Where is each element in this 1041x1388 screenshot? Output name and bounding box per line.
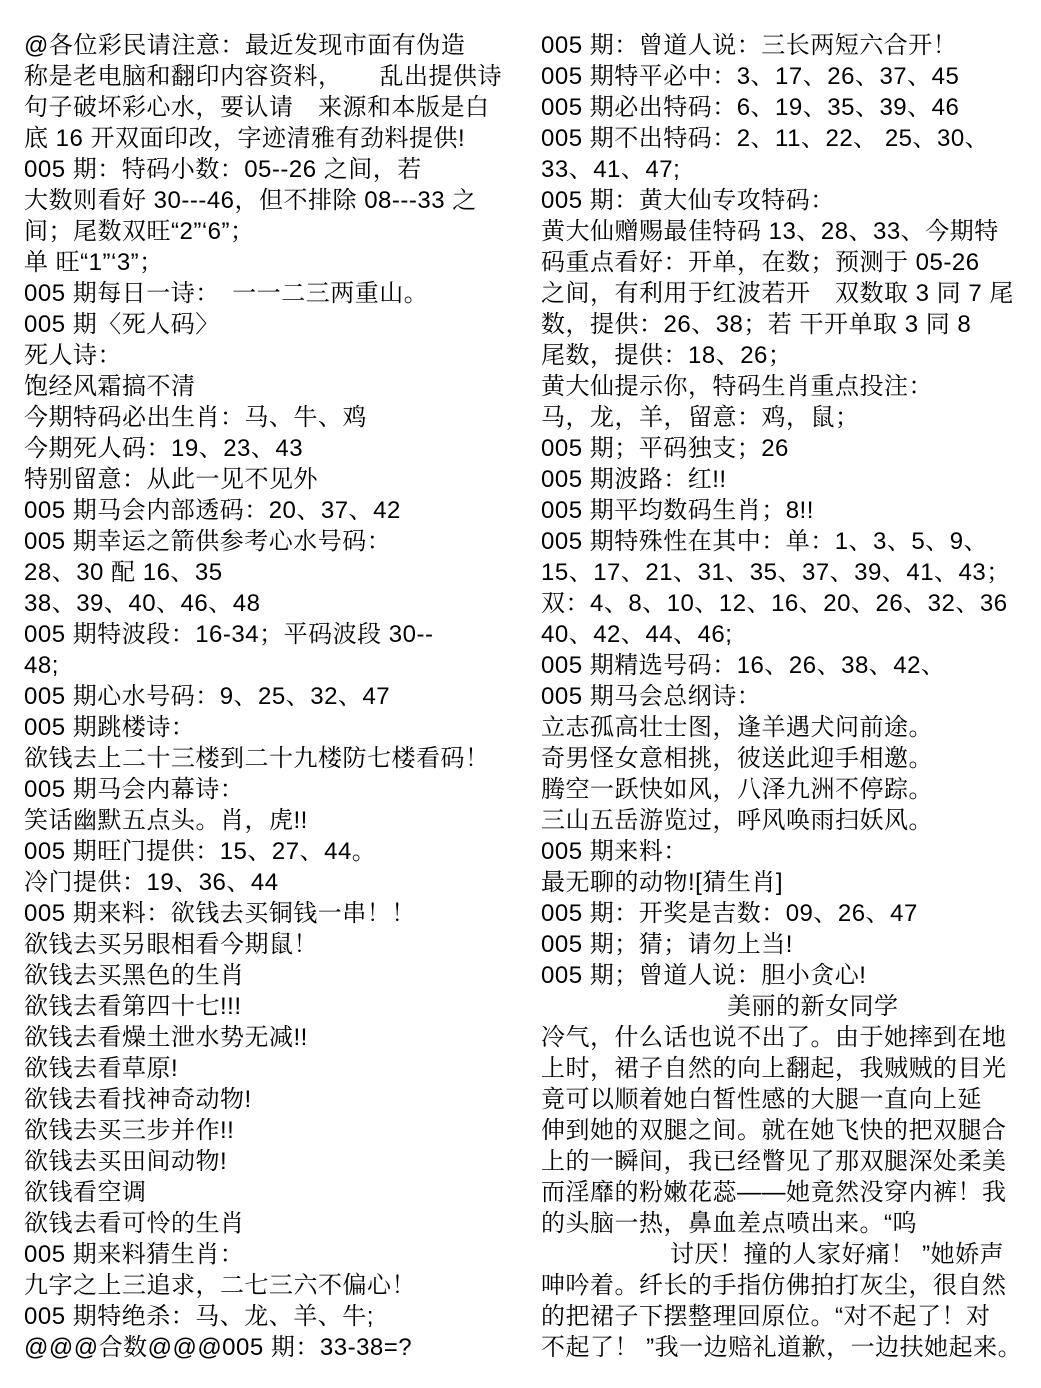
text-line: 005 期特绝杀：马、龙、羊、牛; bbox=[24, 1301, 517, 1332]
text-line: 28、30 配 16、35 bbox=[24, 557, 517, 588]
text-line: 005 期〈死人码〉 bbox=[24, 309, 517, 340]
text-line: 005 期必出特码：6、19、35、39、46 bbox=[541, 92, 1034, 123]
text-line: 双：4、8、10、12、16、20、26、32、36 bbox=[541, 588, 1034, 619]
text-line: 005 期每日一诗： 一一二三两重山。 bbox=[24, 278, 517, 309]
text-line: 尾数，提供：18、26； bbox=[541, 340, 1034, 371]
text-line: 黄大仙提示你，特码生肖重点投注： bbox=[541, 371, 1034, 402]
text-line: 欲钱去看燥土泄水势无减!! bbox=[24, 1022, 517, 1053]
text-line: 底 16 开双面印改，字迹清雅有劲料提供! bbox=[24, 123, 517, 154]
text-line: 欲钱去买田间动物! bbox=[24, 1146, 517, 1177]
text-line: 呻吟着。纤长的手指仿佛拍打灰尘，很自然 bbox=[541, 1270, 1034, 1301]
text-line: 而淫靡的粉嫩花蕊——她竟然没穿内裤！我 bbox=[541, 1177, 1034, 1208]
text-line: 称是老电脑和翻印内容资料， 乱出提供诗 bbox=[24, 61, 517, 92]
text-line: 伸到她的双腿之间。就在她飞快的把双腿合 bbox=[541, 1115, 1034, 1146]
text-line: 句子破坏彩心水，要认请 来源和本版是白 bbox=[24, 92, 517, 123]
text-line: 的把裙子下摆整理回原位。“对不起了！对 bbox=[541, 1301, 1034, 1332]
left-column: @各位彩民请注意：最近发现市面有伪造称是老电脑和翻印内容资料， 乱出提供诗句子破… bbox=[24, 30, 517, 1388]
text-line: 黄大仙赠赐最佳特码 13、28、33、今期特 bbox=[541, 216, 1034, 247]
text-line: 欲钱去买黑色的生肖 bbox=[24, 960, 517, 991]
text-line: 005 期：黄大仙专攻特码： bbox=[541, 185, 1034, 216]
text-line: 最无聊的动物![猜生肖] bbox=[541, 867, 1034, 898]
text-line: 005 期；平码独支；26 bbox=[541, 433, 1034, 464]
text-line: 005 期幸运之箭供参考心水号码： bbox=[24, 526, 517, 557]
text-line: 特别留意：从此一见不见外 bbox=[24, 464, 517, 495]
text-line: 立志孤高壮士图，逢羊遇犬问前途。 bbox=[541, 712, 1034, 743]
text-line: 005 期特平必中：3、17、26、37、45 bbox=[541, 61, 1034, 92]
text-line: 奇男怪女意相挑，彼送此迎手相邀。 bbox=[541, 743, 1034, 774]
text-line: 005 期跳楼诗： bbox=[24, 712, 517, 743]
text-line: 33、41、47; bbox=[541, 154, 1034, 185]
text-line: 005 期马会内部透码：20、37、42 bbox=[24, 495, 517, 526]
text-line: 005 期特波段：16-34；平码波段 30-- bbox=[24, 619, 517, 650]
text-line: 死人诗： bbox=[24, 340, 517, 371]
text-line: @@@合数@@@005 期：33-38=? bbox=[24, 1332, 517, 1363]
text-line: 005 期波路：红!! bbox=[541, 464, 1034, 495]
text-line: 之间，有利用于红波若开 双数取 3 同 7 尾 bbox=[541, 278, 1034, 309]
text-line: 48; bbox=[24, 650, 517, 681]
text-line: 005 期心水号码：9、25、32、47 bbox=[24, 681, 517, 712]
text-line: 今期特码必出生肖：马、牛、鸡 bbox=[24, 402, 517, 433]
text-line: 笑话幽默五点头。肖，虎!! bbox=[24, 805, 517, 836]
text-line: 不起了！ ”我一边赔礼道歉，一边扶她起来。 bbox=[541, 1332, 1034, 1363]
text-line: 欲钱去上二十三楼到二十九楼防七楼看码！ bbox=[24, 743, 517, 774]
text-line: 饱经风霜搞不清 bbox=[24, 371, 517, 402]
text-line: 005 期马会总纲诗： bbox=[541, 681, 1034, 712]
text-line: 欲钱去看找神奇动物! bbox=[24, 1084, 517, 1115]
text-line: 005 期来料：欲钱去买铜钱一串！！ bbox=[24, 898, 517, 929]
text-line: 腾空一跃快如风，八泽九洲不停踪。 bbox=[541, 774, 1034, 805]
text-line: 数，提供：26、38；若 干开单取 3 同 8 bbox=[541, 309, 1034, 340]
text-line: 005 期来料猜生肖： bbox=[24, 1239, 517, 1270]
text-line: 大数则看好 30---46，但不排除 08---33 之 bbox=[24, 185, 517, 216]
text-line: 冷气，什么话也说不出了。由于她摔到在地 bbox=[541, 1022, 1034, 1053]
text-line: 上时，裙子自然的向上翻起，我贼贼的目光 bbox=[541, 1053, 1034, 1084]
text-line: 竟可以顺着她白皙性感的大腿一直向上延 bbox=[541, 1084, 1034, 1115]
text-line: 15、17、21、31、35、37、39、41、43； bbox=[541, 557, 1034, 588]
text-line: 欲钱看空调 bbox=[24, 1177, 517, 1208]
text-line: 38、39、40、46、48 bbox=[24, 588, 517, 619]
text-line: 码重点看好：开单，在数；预测于 05-26 bbox=[541, 247, 1034, 278]
text-line: 单 旺“1”‘3”； bbox=[24, 247, 517, 278]
text-line: 欲钱去看可怜的生肖 bbox=[24, 1208, 517, 1239]
text-line: 欲钱去看第四十七!!! bbox=[24, 991, 517, 1022]
text-line: 欲钱去买另眼相看今期鼠！ bbox=[24, 929, 517, 960]
text-line: 的头脑一热，鼻血差点喷出来。“呜 bbox=[541, 1208, 1034, 1239]
text-line: 三山五岳游览过，呼风唤雨扫妖风。 bbox=[541, 805, 1034, 836]
document-page: @各位彩民请注意：最近发现市面有伪造称是老电脑和翻印内容资料， 乱出提供诗句子破… bbox=[0, 0, 1041, 1388]
text-line: 005 期平均数码生肖；8!! bbox=[541, 495, 1034, 526]
text-line: @各位彩民请注意：最近发现市面有伪造 bbox=[24, 30, 517, 61]
text-line: 005 期马会内幕诗： bbox=[24, 774, 517, 805]
text-line: 005 期不出特码：2、11、22、 25、30、 bbox=[541, 123, 1034, 154]
text-line: 40、42、44、46; bbox=[541, 619, 1034, 650]
text-line: 005 期特殊性在其中：单：1、3、5、9、 bbox=[541, 526, 1034, 557]
text-line: 讨厌！撞的人家好痛！ ”她娇声 bbox=[541, 1239, 1034, 1270]
text-line: 间；尾数双旺“2”‘6”； bbox=[24, 216, 517, 247]
text-line: 欲钱去买三步并作!! bbox=[24, 1115, 517, 1146]
text-line: 005 期；猜；请勿上当! bbox=[541, 929, 1034, 960]
text-line: 上的一瞬间，我已经瞥见了那双腿深处柔美 bbox=[541, 1146, 1034, 1177]
text-line: 马，龙，羊，留意：鸡，鼠； bbox=[541, 402, 1034, 433]
text-line: 005 期来料： bbox=[541, 836, 1034, 867]
text-line: 今期死人码：19、23、43 bbox=[24, 433, 517, 464]
text-line: 005 期：特码小数：05--26 之间，若 bbox=[24, 154, 517, 185]
text-line: 005 期；曾道人说：胆小贪心! bbox=[541, 960, 1034, 991]
text-line: 冷门提供：19、36、44 bbox=[24, 867, 517, 898]
text-line: 欲钱去看草原! bbox=[24, 1053, 517, 1084]
text-line: 005 期：开奖是吉数：09、26、47 bbox=[541, 898, 1034, 929]
right-column: 005 期：曾道人说：三长两短六合开！005 期特平必中：3、17、26、37、… bbox=[541, 30, 1034, 1388]
text-line: 005 期：曾道人说：三长两短六合开！ bbox=[541, 30, 1034, 61]
text-line: 美丽的新女同学 bbox=[541, 991, 1034, 1022]
text-line: 九字之上三追求，二七三六不偏心！ bbox=[24, 1270, 517, 1301]
text-line: 005 期旺门提供：15、27、44。 bbox=[24, 836, 517, 867]
text-line: 005 期精选号码：16、26、38、42、 bbox=[541, 650, 1034, 681]
